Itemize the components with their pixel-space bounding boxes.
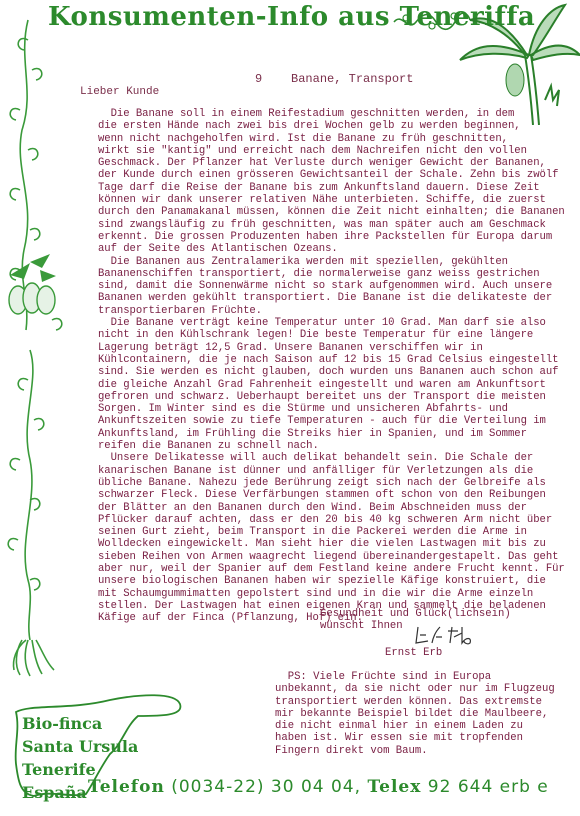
- ps-line: Fingern direkt vom Baum.: [275, 745, 555, 757]
- body-line: Ankunftsland, im Frühling die Streiks hi…: [98, 428, 568, 440]
- ps-line: mir bekannte Beispiel bildet die Maulbee…: [275, 708, 555, 720]
- body-line: schwarzer Fleck. Diese Verfärbungen stam…: [98, 489, 568, 501]
- body-line: auf der Seite des Atlantischen Ozeans.: [98, 243, 568, 255]
- body-line: übliche Banane. Nahezu jede Berührung ze…: [98, 477, 568, 489]
- ps-line: die nicht einmal hier in einem Laden zu: [275, 720, 555, 732]
- body-line: erkennt. Die grossen Produzenten haben i…: [98, 231, 568, 243]
- farm-line: Bio-finca: [22, 712, 138, 735]
- phone-label: Telefon: [88, 777, 165, 797]
- farm-line: Santa Ursula: [22, 735, 138, 758]
- body-line: aber nur, weil der Spanier auf dem Festl…: [98, 563, 568, 575]
- body-line: nicht in den Kühlschrank legen! Die best…: [98, 329, 568, 341]
- body-line: reifen die Bananen zu schnell nach.: [98, 440, 568, 452]
- body-line: Kühlcontainern, die je nach Saison auf 1…: [98, 354, 568, 366]
- body-line: seinen Gurt zieht, beim Transport in die…: [98, 526, 568, 538]
- body-line: Ankunftszeiten sowie zu tiefe Temperatur…: [98, 415, 568, 427]
- body-line: Die Banane soll in einem Reifestadium ge…: [98, 108, 568, 120]
- body-line: sind. Sie werden es nicht glauben, doch …: [98, 366, 568, 378]
- body-line: kanarischen Banane ist dünner und anfäll…: [98, 465, 568, 477]
- topic-heading: 9 Banane, Transport: [255, 72, 413, 86]
- handwritten-signature: [412, 623, 482, 647]
- body-line: Wolldecken eingewickelt. Man sieht hier …: [98, 538, 568, 550]
- phone-number: (0034-22) 30 04 04,: [171, 777, 361, 797]
- contact-line: Telefon (0034-22) 30 04 04, Telex 92 644…: [88, 777, 549, 797]
- body-line: Pflücker darauf achten, dass er den 20 b…: [98, 514, 568, 526]
- body-line: unsere biologischen Bananen haben wir sp…: [98, 575, 568, 587]
- body-line: sind zwangsläufig zu früh geschnitten, w…: [98, 219, 568, 231]
- ps-line: PS: Viele Früchte sind in Europa: [275, 671, 555, 683]
- body-line: können wir dank unserer relativen Nähe u…: [98, 194, 568, 206]
- telex-label: Telex: [367, 777, 421, 797]
- signer-name: Ernst Erb: [385, 647, 442, 659]
- ps-line: haben ist. Wir essen sie mit tropfenden: [275, 732, 555, 744]
- body-line: gefroren und schwarz. Ueberhaupt bereite…: [98, 391, 568, 403]
- banana-palm-illustration: [455, 0, 580, 125]
- body-line: sind, damit die Sonnenwärme nicht so sta…: [98, 280, 568, 292]
- body-line: der Blätter an den Bananen durch den Win…: [98, 502, 568, 514]
- body-line: der Kunde durch einen grösseren Gewichts…: [98, 169, 568, 181]
- body-line: transportierbaren Früchte.: [98, 305, 568, 317]
- letter-body: Die Banane soll in einem Reifestadium ge…: [98, 108, 568, 624]
- body-line: die gleiche Anzahl Grad Fahrenheit einge…: [98, 379, 568, 391]
- body-line: Bananenschiffen transportiert, die norma…: [98, 268, 568, 280]
- body-line: Die Bananen aus Zentralamerika werden mi…: [98, 256, 568, 268]
- body-line: Die Banane verträgt keine Temperatur unt…: [98, 317, 568, 329]
- vine-border-illustration: [0, 0, 80, 690]
- telex-number: 92 644 erb e: [428, 777, 549, 797]
- body-line: Geschmack. Der Pflanzer hat Verluste dur…: [98, 157, 568, 169]
- body-line: Unsere Delikatesse will auch delikat beh…: [98, 452, 568, 464]
- body-line: wirkt sie "kantig" und erreicht nach dem…: [98, 145, 568, 157]
- body-line: wenn nicht nachgeholfen wird. Ist die Ba…: [98, 133, 568, 145]
- closing-line-2: wünscht Ihnen: [320, 620, 403, 632]
- body-line: Tage darf die Reise der Banane bis zum A…: [98, 182, 568, 194]
- body-line: Sorgen. Im Winter sind es die Stürme und…: [98, 403, 568, 415]
- topic-number: 9: [255, 72, 262, 86]
- body-line: sieben Reihen von Armen waagrecht liegen…: [98, 551, 568, 563]
- body-line: Lagerung beträgt 12,5 Grad. Unsere Banan…: [98, 342, 568, 354]
- closing-line-1: Gesundheit und Glück(lichsein): [320, 608, 511, 620]
- salutation: Lieber Kunde: [80, 86, 159, 98]
- body-line: mit Schaumgummimatten gepolstert sind un…: [98, 588, 568, 600]
- ps-line: unbekannt, da sie nicht oder nur im Flug…: [275, 683, 555, 695]
- body-line: die ersten Hände nach zwei bis drei Woch…: [98, 120, 568, 132]
- body-line: durch den Panamakanal müssen, können die…: [98, 206, 568, 218]
- body-line: Bananen werden gekühlt transportiert. Di…: [98, 292, 568, 304]
- topic-title: Banane, Transport: [291, 72, 413, 86]
- ps-line: transportiert werden können. Das extrems…: [275, 696, 555, 708]
- postscript: PS: Viele Früchte sind in Europaunbekann…: [275, 671, 555, 757]
